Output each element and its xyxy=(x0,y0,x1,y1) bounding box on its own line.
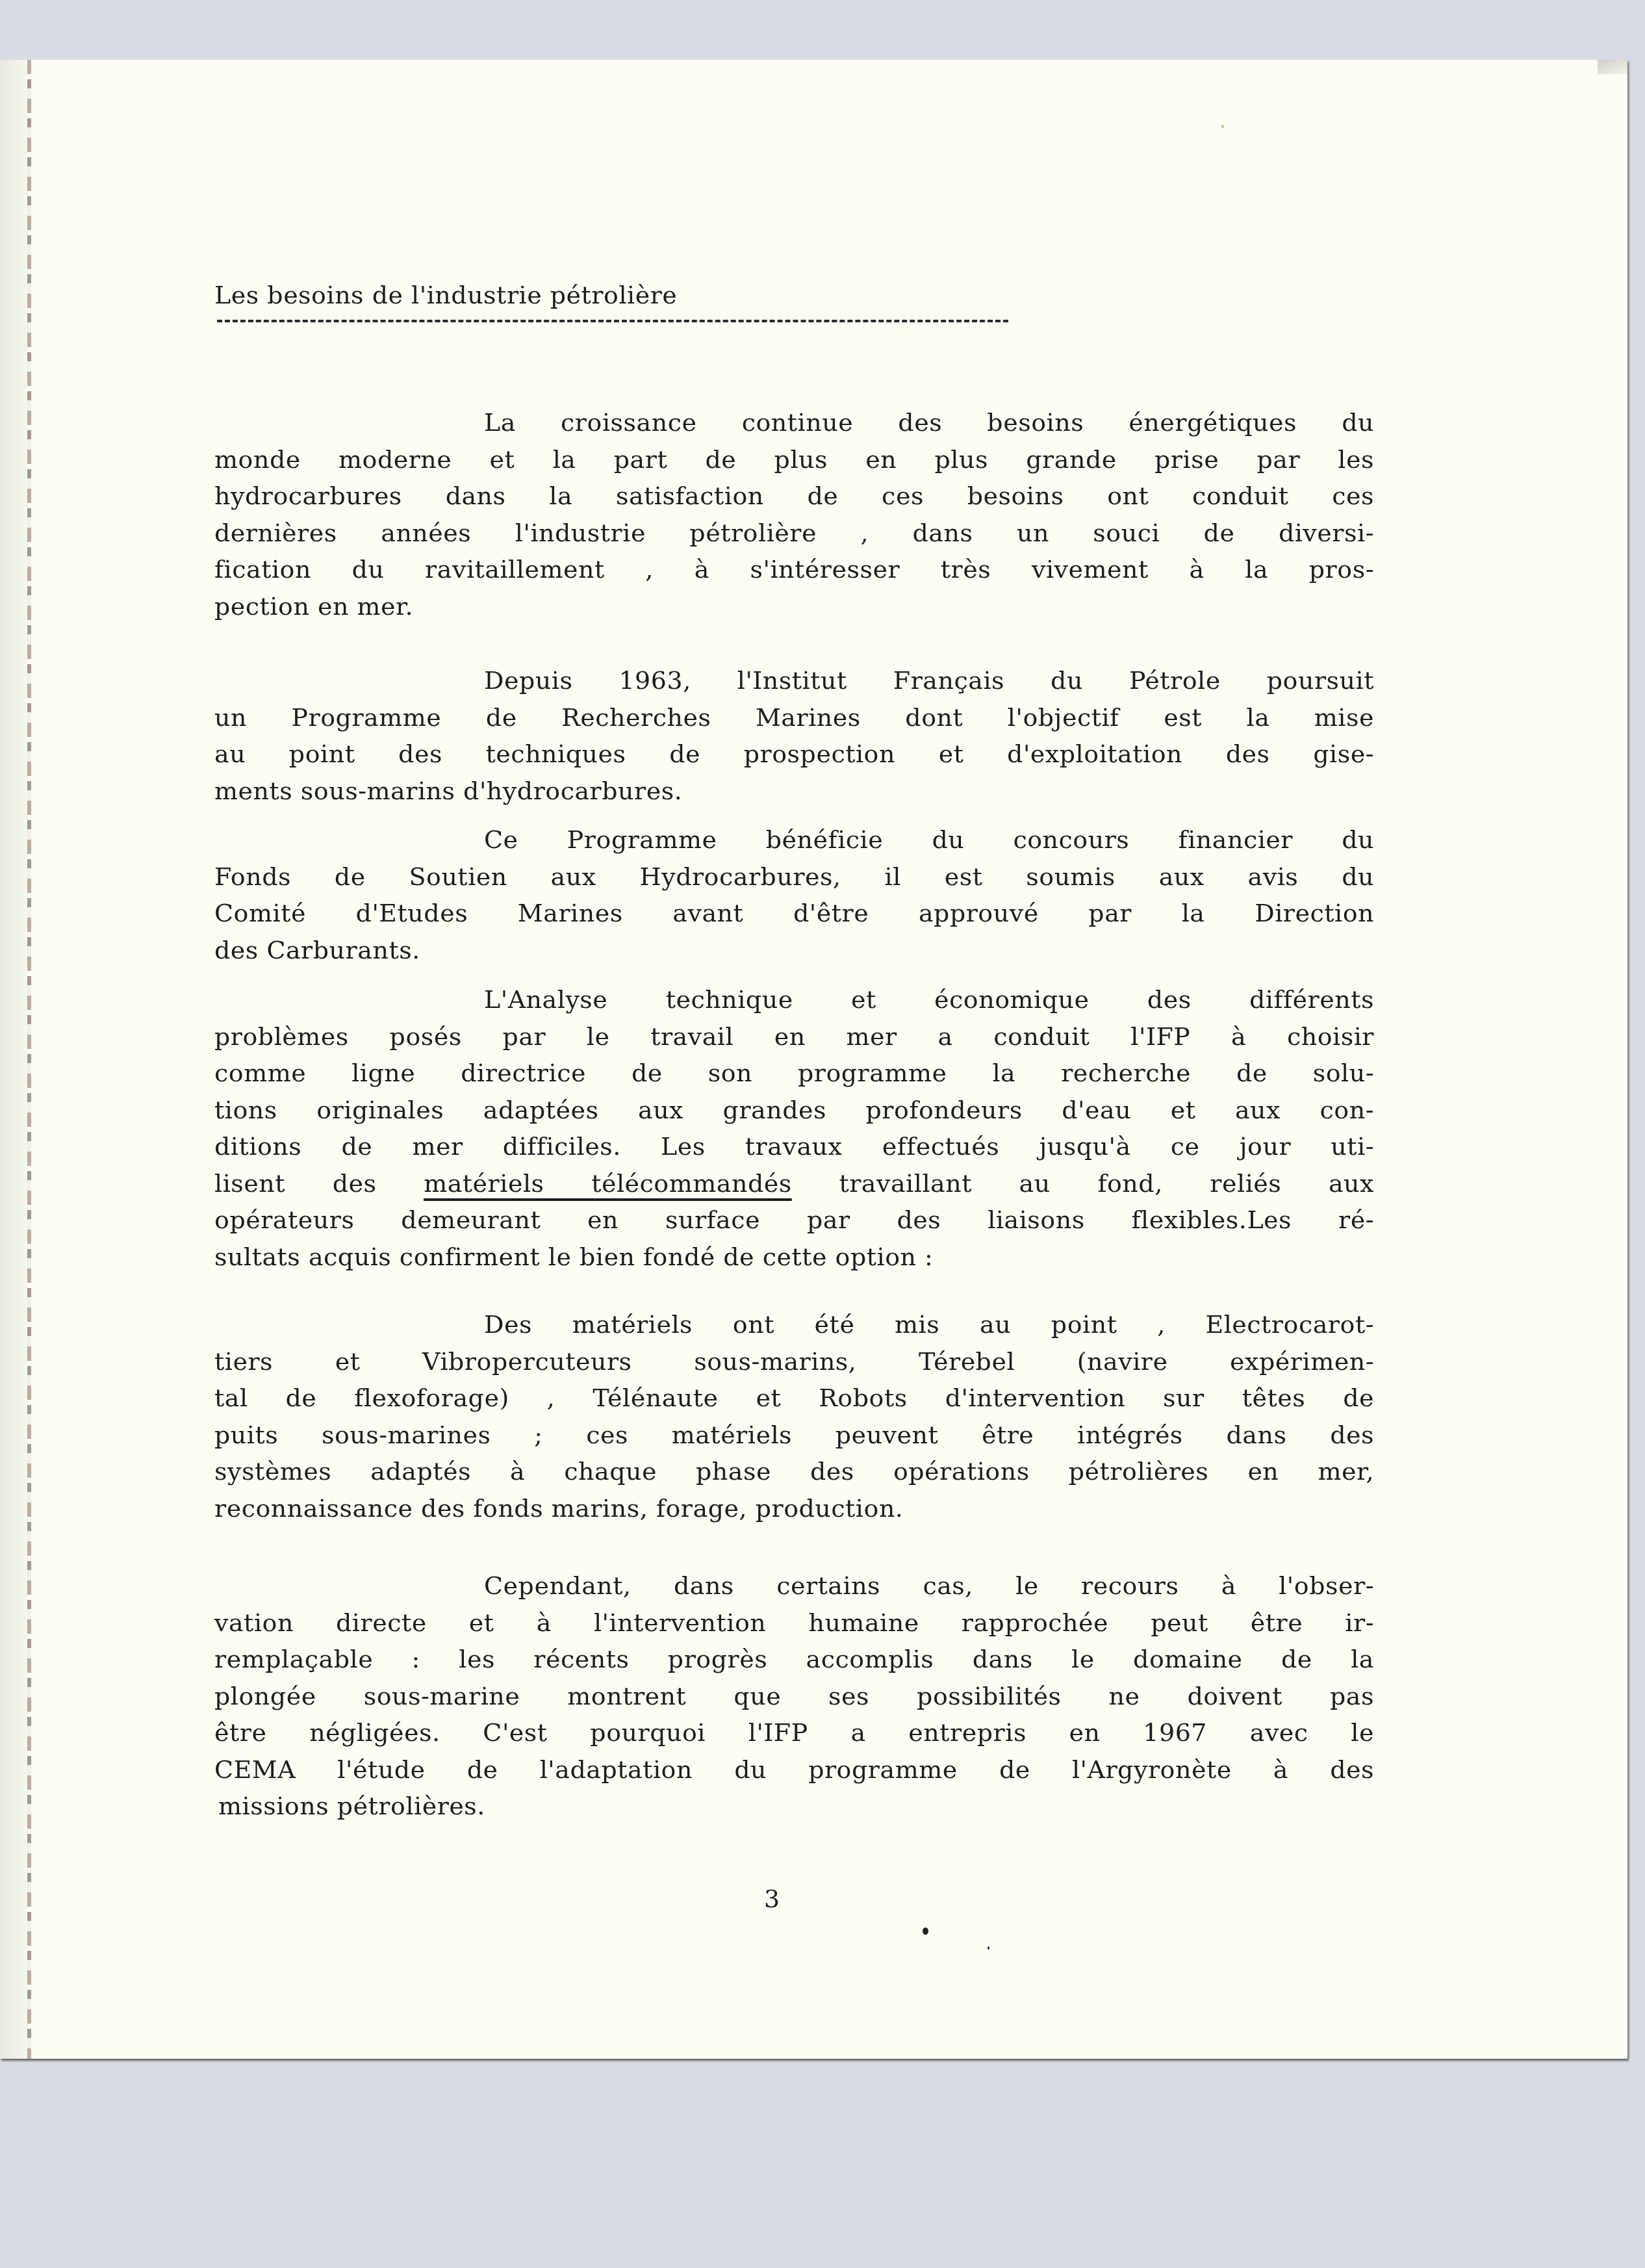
document-page: Les besoins de l'industrie pétrolière La… xyxy=(0,60,1627,2059)
text-line: Cependant, dans certains cas, le recours… xyxy=(214,1567,1374,1604)
paragraph-2: Depuis 1963, l'Institut Français du Pétr… xyxy=(214,662,1374,809)
text-line: tions originales adaptées aux grandes pr… xyxy=(214,1092,1374,1129)
text-line: vation directe et à l'intervention humai… xyxy=(214,1604,1374,1642)
text-line: missions pétrolières. xyxy=(214,1788,1374,1825)
text-line: fication du ravitaillement , à s'intéres… xyxy=(214,551,1374,588)
text-line: au point des techniques de prospection e… xyxy=(214,736,1374,773)
paragraph-4: L'Analyse technique et économique des di… xyxy=(214,981,1374,1275)
text-line: un Programme de Recherches Marines dont … xyxy=(214,699,1374,736)
text-line: comme ligne directrice de son programme … xyxy=(214,1055,1374,1092)
text-line: dernières années l'industrie pétrolière … xyxy=(214,515,1374,552)
paragraph-5: Des matériels ont été mis au point , Ele… xyxy=(214,1306,1374,1527)
text-line: systèmes adaptés à chaque phase des opér… xyxy=(214,1453,1374,1490)
text-line: La croissance continue des besoins énerg… xyxy=(214,404,1374,441)
text-line: sultats acquis confirment le bien fondé … xyxy=(214,1239,1374,1276)
text-line: reconnaissance des fonds marins, forage,… xyxy=(214,1490,1374,1527)
text-line: hydrocarbures dans la satisfaction de ce… xyxy=(214,478,1374,515)
ink-speck xyxy=(988,1946,989,1950)
folded-corner xyxy=(1598,60,1627,74)
text-line: CEMA l'étude de l'adaptation du programm… xyxy=(214,1751,1374,1788)
binding-edge xyxy=(27,60,31,2059)
text-line: remplaçable : les récents progrès accomp… xyxy=(214,1641,1374,1678)
section-heading: Les besoins de l'industrie pétrolière xyxy=(214,281,677,318)
text-line: Ce Programme bénéficie du concours finan… xyxy=(214,821,1374,858)
text-line: problèmes posés par le travail en mer a … xyxy=(214,1018,1374,1055)
text-line: ments sous-marins d'hydrocarbures. xyxy=(214,773,1374,810)
text-segment: lisent des xyxy=(214,1169,424,1198)
text-line: tal de flexoforage) , Télénaute et Robot… xyxy=(214,1380,1374,1417)
ink-speck xyxy=(923,1927,928,1935)
paragraph-6: Cependant, dans certains cas, le recours… xyxy=(214,1567,1374,1825)
paper-mark xyxy=(1221,125,1224,128)
text-line: pection en mer. xyxy=(214,588,1374,625)
page-number: 3 xyxy=(764,1885,780,1913)
text-line: des Carburants. xyxy=(214,932,1374,969)
binding-shadow xyxy=(0,60,27,2059)
text-line: ditions de mer difficiles. Les travaux e… xyxy=(214,1128,1374,1165)
text-line: Depuis 1963, l'Institut Français du Pétr… xyxy=(214,662,1374,699)
text-line: Fonds de Soutien aux Hydrocarbures, il e… xyxy=(214,858,1374,896)
paragraph-3: Ce Programme bénéficie du concours finan… xyxy=(214,821,1374,968)
text-line: opérateurs demeurant en surface par des … xyxy=(214,1202,1374,1239)
text-segment: travaillant au fond, reliés aux xyxy=(792,1169,1374,1198)
text-line-with-underline: lisent des matériels télécommandés trava… xyxy=(214,1165,1374,1202)
underlined-phrase: matériels télécommandés xyxy=(424,1169,792,1198)
text-line: L'Analyse technique et économique des di… xyxy=(214,981,1374,1018)
text-line: monde moderne et la part de plus en plus… xyxy=(214,441,1374,478)
text-line: plongée sous-marine montrent que ses pos… xyxy=(214,1678,1374,1715)
text-line: tiers et Vibropercuteurs sous-marins, Té… xyxy=(214,1343,1374,1380)
text-line: Des matériels ont été mis au point , Ele… xyxy=(214,1306,1374,1343)
text-line: Comité d'Etudes Marines avant d'être app… xyxy=(214,895,1374,932)
heading-dashed-underline xyxy=(217,320,1008,322)
paragraph-1: La croissance continue des besoins énerg… xyxy=(214,404,1374,625)
text-line: être négligées. C'est pourquoi l'IFP a e… xyxy=(214,1714,1374,1751)
text-line: puits sous-marines ; ces matériels peuve… xyxy=(214,1417,1374,1454)
